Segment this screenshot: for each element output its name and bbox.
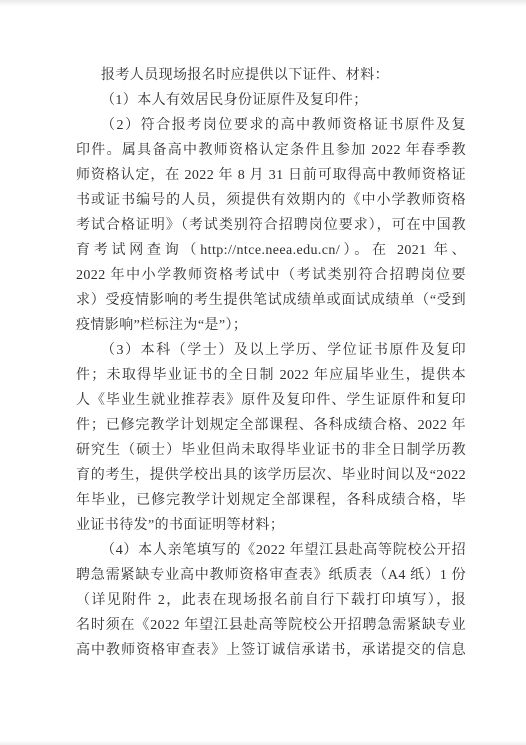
page-top-edge-shadow <box>0 0 526 6</box>
doc-line: 2022 年中小学教师资格考试中（考试类别符合招聘岗位要 <box>76 263 466 288</box>
doc-line: （1）本人有效居民身份证原件及复印件； <box>76 88 466 113</box>
doc-line: 件；已修完教学计划规定全部课程、各科成绩合格、2022 年 <box>76 413 466 438</box>
doc-line: （详见附件 2，此表在现场报名前自行下载打印填写），报 <box>76 588 466 613</box>
doc-line: 考试合格证明》（考试类别符合招聘岗位要求），可在中国教 <box>76 213 466 238</box>
document-page: 报考人员现场报名时应提供以下证件、材料： （1）本人有效居民身份证原件及复印件；… <box>0 0 526 745</box>
doc-line: 研究生（硕士）毕业但尚未取得毕业证书的非全日制学历教 <box>76 438 466 463</box>
doc-line: 年毕业，已修完教学计划规定全部课程，各科成绩合格，毕 <box>76 488 466 513</box>
doc-line: （3）本科（学士）及以上学历、学位证书原件及复印 <box>76 338 466 363</box>
doc-line: 名时须在《2022 年望江县赴高等院校公开招聘急需紧缺专业 <box>76 613 466 638</box>
doc-line: 高中教师资格审查表》上签订诚信承诺书，承诺提交的信息 <box>76 638 466 663</box>
doc-line: 求）受疫情影响的考生提供笔试成绩单或面试成绩单（“受到 <box>76 288 466 313</box>
doc-line: 聘急需紧缺专业高中教师资格审查表》纸质表（A4 纸）1 份 <box>76 563 466 588</box>
page-bottom-edge-shadow <box>0 741 526 745</box>
doc-line: 育考试网查询（http://ntce.neea.edu.cn/）。在 2021 … <box>76 238 466 263</box>
doc-line: 人《毕业生就业推荐表》原件及复印件、学生证原件和复印 <box>76 388 466 413</box>
doc-line: 育的考生，提供学校出具的该学历层次、毕业时间以及“2022 <box>76 463 466 488</box>
doc-line: 师资格认定，在 2022 年 8 月 31 日前可取得高中教师资格证 <box>76 163 466 188</box>
doc-line: 业证书待发”的书面证明等材料； <box>76 513 466 538</box>
doc-line: 印件。属具备高中教师资格认定条件且参加 2022 年春季教 <box>76 138 466 163</box>
doc-line: 件；未取得毕业证书的全日制 2022 年应届毕业生，提供本 <box>76 363 466 388</box>
doc-line: 书或证书编号的人员，须提供有效期内的《中小学教师资格 <box>76 188 466 213</box>
doc-line: （4）本人亲笔填写的《2022 年望江县赴高等院校公开招 <box>76 538 466 563</box>
doc-line: （2）符合报考岗位要求的高中教师资格证书原件及复 <box>76 113 466 138</box>
document-text-block: 报考人员现场报名时应提供以下证件、材料： （1）本人有效居民身份证原件及复印件；… <box>76 63 466 663</box>
doc-line: 报考人员现场报名时应提供以下证件、材料： <box>76 63 466 88</box>
doc-line: 疫情影响”栏标注为“是”）； <box>76 313 466 338</box>
